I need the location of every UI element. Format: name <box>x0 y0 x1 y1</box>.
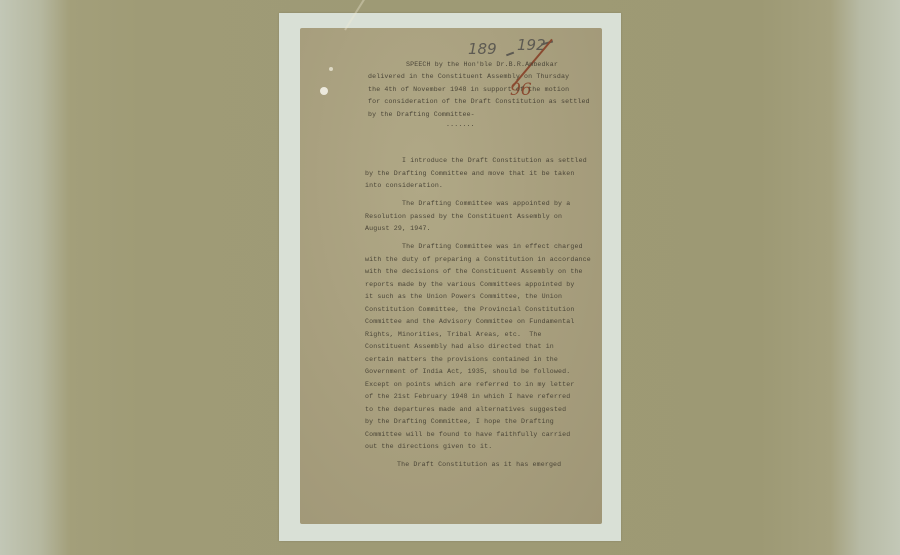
body-line: out the directions given to it. <box>365 443 492 451</box>
paper-speck <box>329 67 333 71</box>
punch-hole <box>320 87 328 95</box>
heading-line: by the Drafting Committee- <box>368 111 475 119</box>
body-line: The Draft Constitution as it has emerged <box>397 461 561 469</box>
body-line: August 29, 1947. <box>365 225 431 233</box>
body-line: into consideration. <box>365 182 443 190</box>
body-line: Committee will be found to have faithful… <box>365 431 570 439</box>
body-line: Rights, Minorities, Tribal Areas, etc. T… <box>365 331 542 339</box>
body-line: I introduce the Draft Constitution as se… <box>402 157 587 165</box>
body-line: with the decisions of the Constituent As… <box>365 268 583 276</box>
body-line: Constitution Committee, the Provincial C… <box>365 306 574 314</box>
heading-line: SPEECH by the Hon'ble Dr.B.R.Ambedkar <box>406 61 558 69</box>
body-line: it such as the Union Powers Committee, t… <box>365 293 562 301</box>
body-line: The Drafting Committee was in effect cha… <box>402 243 583 251</box>
heading-line: the 4th of November 1948 in support of t… <box>368 86 569 94</box>
body-line: Constituent Assembly had also directed t… <box>365 343 554 351</box>
body-line: reports made by the various Committees a… <box>365 281 574 289</box>
page-number-pencil-left: 189 <box>468 40 497 58</box>
body-line: to the departures made and alternatives … <box>365 406 566 414</box>
body-line: Committee and the Advisory Committee on … <box>365 318 574 326</box>
body-line: by the Drafting Committee, I hope the Dr… <box>365 418 554 426</box>
body-line: certain matters the provisions contained… <box>365 356 558 364</box>
body-line: by the Drafting Committee and move that … <box>365 170 574 178</box>
separator: ....... <box>446 121 475 129</box>
body-line: Resolution passed by the Constituent Ass… <box>365 213 562 221</box>
heading-line: for consideration of the Draft Constitut… <box>368 98 590 106</box>
body-line: Government of India Act, 1935, should be… <box>365 368 570 376</box>
body-line: of the 21st February 1948 in which I hav… <box>365 393 570 401</box>
body-line: The Drafting Committee was appointed by … <box>402 200 570 208</box>
body-line: Except on points which are referred to i… <box>365 381 574 389</box>
body-line: with the duty of preparing a Constitutio… <box>365 256 591 264</box>
heading-line: delivered in the Constituent Assembly on… <box>368 73 569 81</box>
